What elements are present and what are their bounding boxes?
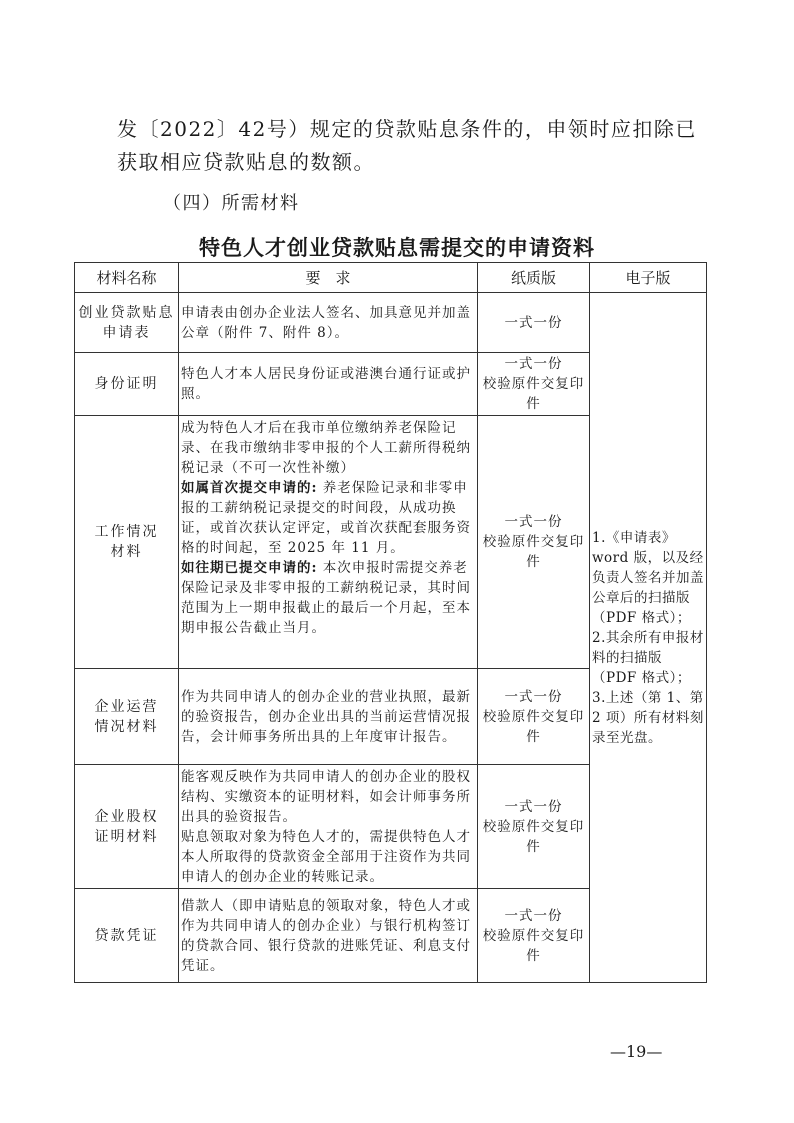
electronic-item-3: 3.上述（第 1、第 2 项）所有材料刻录至光盘。 xyxy=(592,688,704,748)
electronic-item-2: 2.其余所有申报材料的扫描版（PDF 格式）； xyxy=(592,628,704,688)
table-header-row: 材料名称 要 求 纸质版 电子版 xyxy=(75,263,707,293)
paper-verify: 校验原件交复印件 xyxy=(480,374,587,414)
requirements-table: 材料名称 要 求 纸质版 电子版 创业贷款贴息 申请表 申请表由创办企业法人签名… xyxy=(74,262,707,983)
header-material-name: 材料名称 xyxy=(75,263,179,293)
requirement-paragraph-1: 能客观反映作为共同申请人的创办企业的股权结构、实缴资本的证明材料，如会计师事务所… xyxy=(181,767,475,827)
body-paragraph-line-1: 发〔2022〕42号）规定的贷款贴息条件的，申领时应扣除已 xyxy=(117,117,697,141)
requirement-cell: 借款人（即申请贴息的领取对象，特色人才或作为共同申请人的创办企业）与银行机构签订… xyxy=(179,889,478,983)
table-title: 特色人才创业贷款贴息需提交的申请资料 xyxy=(0,232,794,262)
paper-verify: 校验原件交复印件 xyxy=(480,532,587,572)
material-name: 企业运营 xyxy=(77,697,176,717)
paper-verify: 校验原件交复印件 xyxy=(480,817,587,857)
paper-copies: 一式一份 xyxy=(480,512,587,532)
requirement-paragraph-2: 贴息领取对象为特色人才的，需提供特色人才本人所取得的贷款资金全部用于注资作为共同… xyxy=(181,827,475,887)
paper-copies: 一式一份 xyxy=(480,687,587,707)
electronic-item-1: 1.《申请表》word 版，以及经负责人签名并加盖公章后的扫描版（PDF 格式）… xyxy=(592,528,704,628)
material-name: 贷款凭证 xyxy=(77,926,176,946)
material-name-cell: 身份证明 xyxy=(75,353,179,416)
material-name-cell: 贷款凭证 xyxy=(75,889,179,983)
paper-cell: 一式一份 xyxy=(478,293,590,353)
requirement-cell: 作为共同申请人的创办企业的营业执照，最新的验资报告，创办企业出具的当前运营情况报… xyxy=(179,669,478,765)
body-paragraph-line-2: 获取相应贷款贴息的数额。 xyxy=(117,150,375,174)
requirement-cell: 成为特色人才后在我市单位缴纳养老保险记录、在我市缴纳非零申报的个人工薪所得税纳税… xyxy=(179,416,478,669)
material-name-cell: 工作情况 材料 xyxy=(75,416,179,669)
material-name: 材料 xyxy=(77,542,176,562)
header-electronic: 电子版 xyxy=(590,263,707,293)
previous-label: 如往期已提交申请的: xyxy=(181,560,317,576)
paper-copies: 一式一份 xyxy=(480,906,587,926)
material-name-cell: 企业股权 证明材料 xyxy=(75,765,179,889)
paper-cell: 一式一份 校验原件交复印件 xyxy=(478,669,590,765)
paper-cell: 一式一份 校验原件交复印件 xyxy=(478,353,590,416)
paper-cell: 一式一份 校验原件交复印件 xyxy=(478,765,590,889)
paper-copies: 一式一份 xyxy=(480,797,587,817)
requirement-cell: 特色人才本人居民身份证或港澳台通行证或护照。 xyxy=(179,353,478,416)
material-name: 申请表 xyxy=(77,323,176,343)
material-name-cell: 企业运营 情况材料 xyxy=(75,669,179,765)
material-name: 创业贷款贴息 xyxy=(77,303,176,323)
first-time-label: 如属首次提交申请的: xyxy=(181,480,317,496)
electronic-cell: 1.《申请表》word 版，以及经负责人签名并加盖公章后的扫描版（PDF 格式）… xyxy=(590,293,707,983)
material-name: 工作情况 xyxy=(77,522,176,542)
header-paper: 纸质版 xyxy=(478,263,590,293)
paper-cell: 一式一份 校验原件交复印件 xyxy=(478,889,590,983)
page-number: —19— xyxy=(610,1042,662,1061)
requirement-cell: 申请表由创办企业法人签名、加具意见并加盖公章（附件 7、附件 8）。 xyxy=(179,293,478,353)
material-name: 情况材料 xyxy=(77,717,176,737)
material-name: 证明材料 xyxy=(77,827,176,847)
paper-copies: 一式一份 xyxy=(480,313,587,333)
paper-verify: 校验原件交复印件 xyxy=(480,926,587,966)
header-requirement: 要 求 xyxy=(179,263,478,293)
paper-verify: 校验原件交复印件 xyxy=(480,707,587,747)
material-name: 企业股权 xyxy=(77,807,176,827)
section-heading: （四）所需材料 xyxy=(163,192,300,216)
requirement-previous: 如往期已提交申请的: 本次申报时需提交养老保险记录及非零申报的工薪纳税记录，其时… xyxy=(181,558,475,638)
material-name: 身份证明 xyxy=(77,374,176,394)
paper-copies: 一式一份 xyxy=(480,354,587,374)
paper-cell: 一式一份 校验原件交复印件 xyxy=(478,416,590,669)
table-row: 创业贷款贴息 申请表 申请表由创办企业法人签名、加具意见并加盖公章（附件 7、附… xyxy=(75,293,707,353)
requirement-cell: 能客观反映作为共同申请人的创办企业的股权结构、实缴资本的证明材料，如会计师事务所… xyxy=(179,765,478,889)
requirement-intro: 成为特色人才后在我市单位缴纳养老保险记录、在我市缴纳非零申报的个人工薪所得税纳税… xyxy=(181,418,475,478)
requirement-first-time: 如属首次提交申请的: 养老保险记录和非零申报的工薪纳税记录提交的时间段，从成功换… xyxy=(181,478,475,558)
material-name-cell: 创业贷款贴息 申请表 xyxy=(75,293,179,353)
